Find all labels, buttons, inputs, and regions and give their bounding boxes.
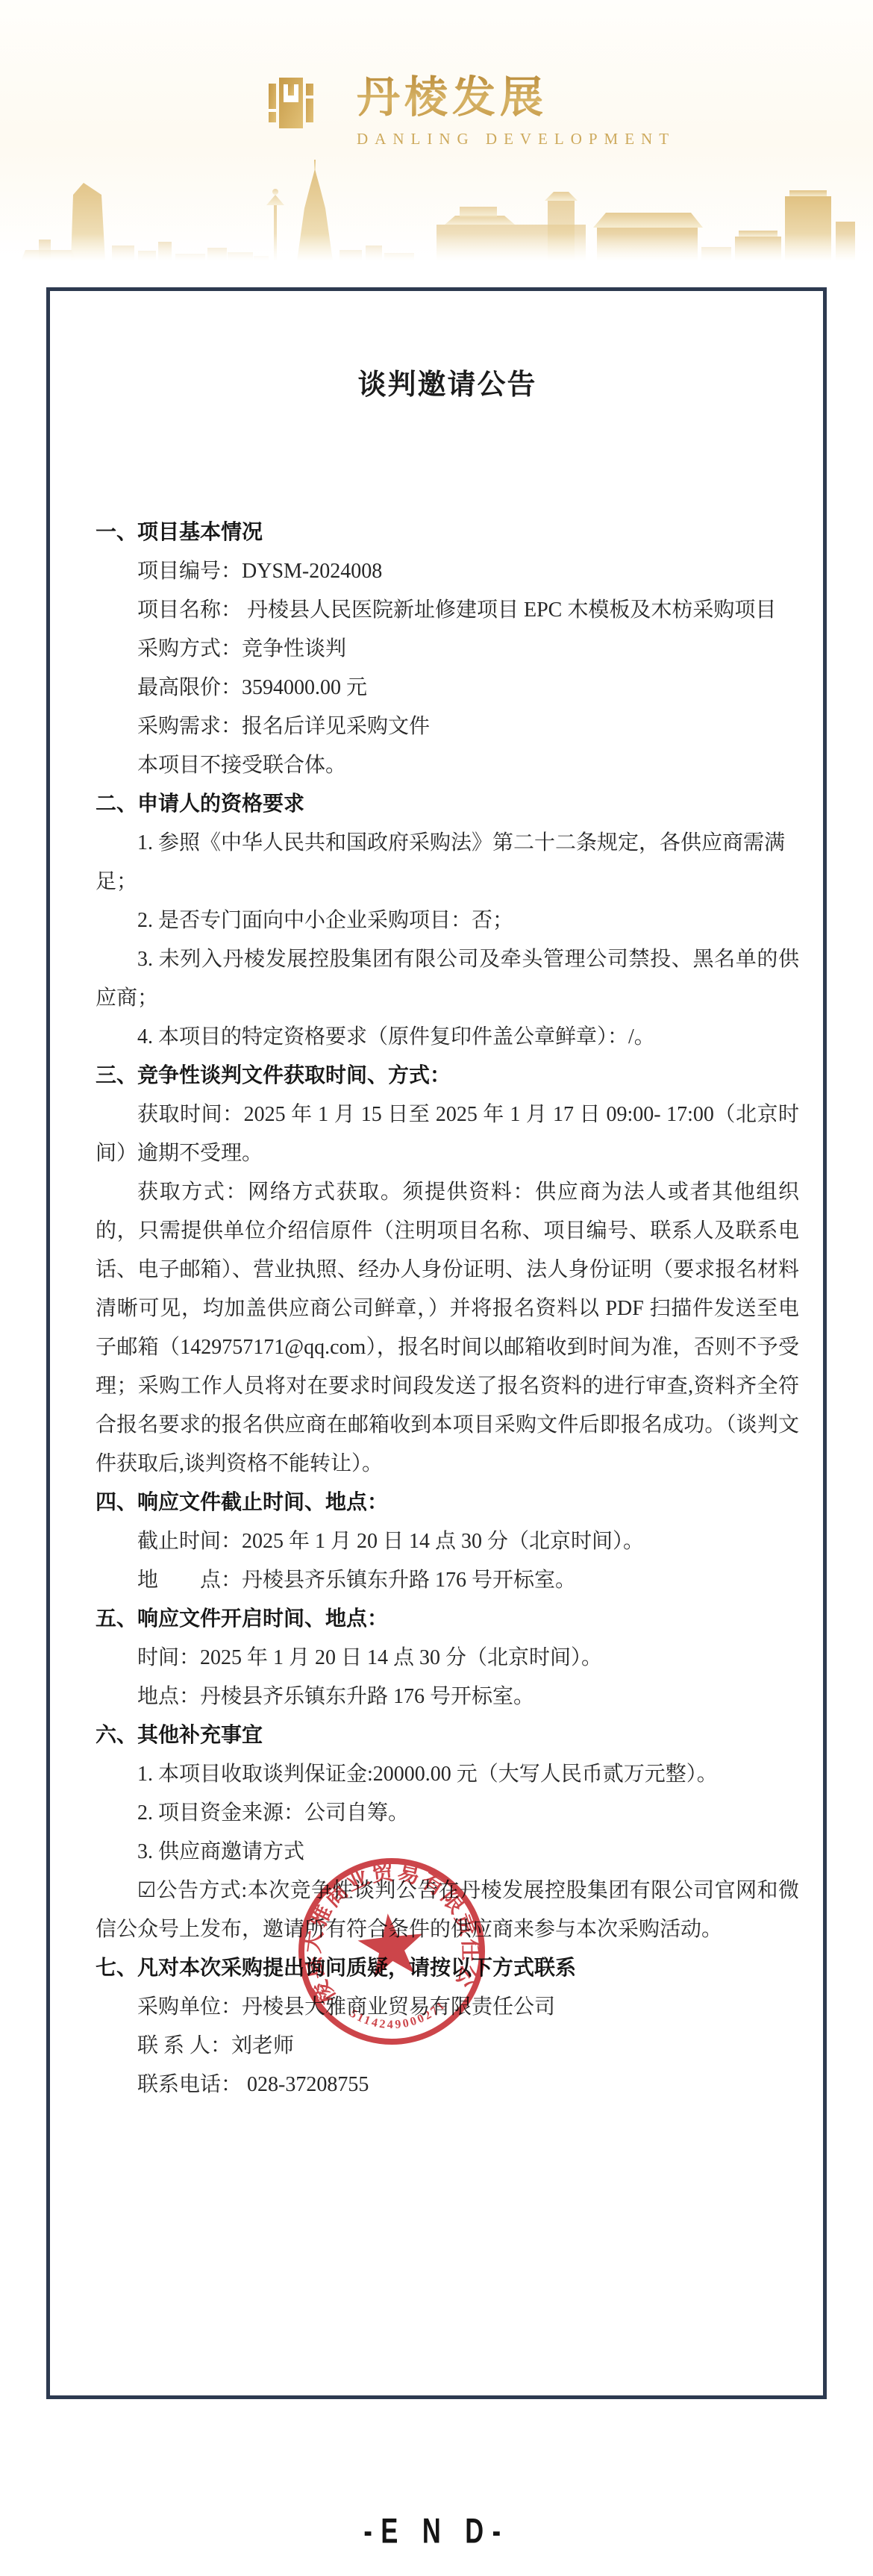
procurement-requirements: 采购需求：报名后详见采购文件 bbox=[96, 707, 799, 746]
opening-time: 时间：2025 年 1 月 20 日 14 点 30 分（北京时间）。 bbox=[96, 1639, 799, 1678]
section-7-heading: 七、凡对本次采购提出询问质疑，请按以下方式联系 bbox=[96, 1949, 799, 1988]
supplement-item-1: 1. 本项目收取谈判保证金:20000.00 元（大写人民币贰万元整）。 bbox=[96, 1755, 799, 1794]
city-skyline-illustration bbox=[0, 153, 873, 261]
section-1-heading: 一、项目基本情况 bbox=[96, 513, 799, 552]
logo-wordmark: 丹棱发展 DANLING DEVELOPMENT bbox=[357, 75, 675, 149]
company-letterhead: 丹棱发展 DANLING DEVELOPMENT bbox=[0, 0, 873, 263]
logo-name-cn: 丹棱发展 bbox=[357, 75, 675, 121]
obtain-time: 获取时间：2025 年 1 月 15 日至 2025 年 1 月 17 日 09… bbox=[96, 1095, 799, 1173]
announcement-method: ☑公告方式:本次竞争性谈判公告在丹棱发展控股集团有限公司官网和微信公众号上发布，… bbox=[96, 1872, 799, 1949]
notice-document-sheet: 谈判邀请公告 一、项目基本情况 项目编号：DYSM-2024008 项目名称： … bbox=[46, 287, 827, 2399]
end-marker: -E N D- bbox=[78, 2511, 794, 2551]
project-number: 项目编号：DYSM-2024008 bbox=[96, 552, 799, 591]
opening-place: 地点：丹棱县齐乐镇东升路 176 号开标室。 bbox=[96, 1678, 799, 1716]
logo-name-en: DANLING DEVELOPMENT bbox=[357, 130, 675, 149]
scanned-notice-page: 丹棱发展 DANLING DEVELOPMENT bbox=[0, 0, 873, 2576]
company-logo: 丹棱发展 DANLING DEVELOPMENT bbox=[269, 75, 675, 149]
deadline-time: 截止时间：2025 年 1 月 20 日 14 点 30 分（北京时间）。 bbox=[96, 1522, 799, 1561]
qualification-item-1: 1. 参照《中华人民共和国政府采购法》第二十二条规定，各供应商需满足； bbox=[96, 824, 799, 901]
qualification-item-2: 2. 是否专门面向中小企业采购项目：否； bbox=[96, 901, 799, 940]
deadline-place: 地 点：丹棱县齐乐镇东升路 176 号开标室。 bbox=[96, 1561, 799, 1600]
section-2-heading: 二、申请人的资格要求 bbox=[96, 785, 799, 824]
section-4-heading: 四、响应文件截止时间、地点： bbox=[96, 1484, 799, 1522]
no-consortium-note: 本项目不接受联合体。 bbox=[96, 746, 799, 785]
contact-phone: 联系电话： 028-37208755 bbox=[96, 2066, 799, 2104]
section-6-heading: 六、其他补充事宜 bbox=[96, 1716, 799, 1755]
contact-person: 联 系 人：刘老师 bbox=[96, 2027, 799, 2066]
supplement-item-3: 3. 供应商邀请方式 bbox=[96, 1833, 799, 1872]
purchaser-name: 采购单位：丹棱县大雅商业贸易有限责任公司 bbox=[96, 1988, 799, 2027]
qualification-item-4: 4. 本项目的特定资格要求（原件复印件盖公章鲜章）：/。 bbox=[96, 1018, 799, 1057]
section-3-heading: 三、竞争性谈判文件获取时间、方式： bbox=[96, 1057, 799, 1095]
project-name: 项目名称： 丹棱县人民医院新址修建项目 EPC 木模板及木枋采购项目 bbox=[96, 591, 799, 630]
danling-monogram-icon bbox=[269, 78, 313, 128]
section-5-heading: 五、响应文件开启时间、地点： bbox=[96, 1600, 799, 1639]
qualification-item-3: 3. 未列入丹棱发展控股集团有限公司及牵头管理公司禁投、黑名单的供应商； bbox=[96, 940, 799, 1018]
procurement-method: 采购方式：竞争性谈判 bbox=[96, 630, 799, 669]
notice-title: 谈判邀请公告 bbox=[96, 363, 799, 407]
obtain-method: 获取方式：网络方式获取。须提供资料：供应商为法人或者其他组织的，只需提供单位介绍… bbox=[96, 1173, 799, 1484]
supplement-item-2: 2. 项目资金来源：公司自筹。 bbox=[96, 1794, 799, 1833]
max-price: 最高限价：3594000.00 元 bbox=[96, 669, 799, 707]
